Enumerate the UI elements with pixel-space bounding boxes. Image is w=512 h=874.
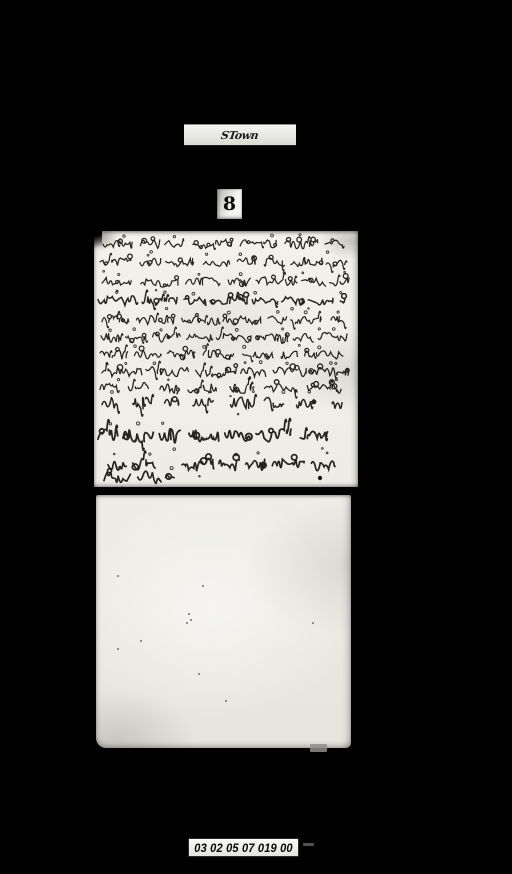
microfilm-frame: STown 8 03 02 05 07 019 00	[0, 0, 512, 874]
ink-loop	[271, 234, 274, 237]
ink-loop	[111, 391, 114, 394]
paper-speck	[188, 613, 190, 615]
handwriting-line	[103, 237, 344, 250]
ink-loop	[344, 271, 346, 273]
ink-loop	[198, 273, 200, 275]
ink-loop	[243, 345, 246, 348]
ink-loop	[282, 328, 284, 330]
handwriting-line	[102, 273, 349, 287]
ink-loop	[149, 453, 151, 455]
ink-loop	[125, 362, 127, 364]
ink-loop	[109, 423, 111, 425]
handwriting-line	[98, 419, 328, 451]
ink-loop	[308, 390, 311, 393]
handwriting-line	[104, 469, 174, 484]
paper-speck	[140, 640, 142, 642]
film-scratch-mark	[303, 843, 314, 846]
ink-loop	[117, 378, 119, 380]
ink-loop	[113, 453, 115, 455]
paper-speck	[186, 622, 188, 624]
handwriting-line	[100, 377, 341, 398]
ink-loop	[318, 346, 321, 349]
ink-loop	[170, 467, 173, 470]
ink-loop	[299, 234, 301, 236]
ink-loop	[166, 307, 168, 309]
ink-loop	[322, 448, 324, 450]
ink-loop	[304, 311, 307, 314]
ink-loop	[173, 448, 176, 451]
handwriting-line	[101, 327, 347, 344]
ink-loop	[206, 253, 208, 255]
reel-label: STown	[184, 124, 296, 146]
paper-speck	[198, 673, 200, 675]
reel-label-text: STown	[220, 129, 259, 142]
ink-loop	[103, 270, 105, 272]
manuscript-page	[94, 231, 358, 487]
paper-speck	[225, 700, 227, 702]
handwriting-line	[182, 454, 335, 471]
paper-speck	[117, 575, 119, 577]
ink-loop	[109, 329, 111, 331]
ink-loop	[318, 328, 320, 330]
ink-loop	[286, 362, 288, 364]
manuscript-handwriting	[94, 231, 358, 487]
ink-loop	[326, 251, 328, 253]
ink-loop	[118, 273, 120, 275]
ink-loop	[162, 422, 164, 424]
ink-loop	[259, 361, 262, 364]
ink-loop	[210, 391, 212, 393]
ink-loop	[330, 362, 333, 365]
ink-loop	[150, 251, 153, 254]
ink-loop	[277, 311, 280, 314]
handwriting-line	[98, 290, 346, 309]
ink-loop	[326, 452, 328, 454]
ink-dot	[318, 476, 322, 480]
ink-loop	[137, 422, 140, 425]
ink-loop	[116, 467, 119, 470]
handwriting-line	[102, 361, 349, 379]
frame-number-plate: 8	[217, 189, 242, 219]
paper-speck	[117, 648, 119, 650]
paper-speck	[312, 622, 314, 624]
ink-loop	[302, 272, 304, 274]
ink-loop	[336, 379, 338, 381]
handwriting-line	[102, 311, 346, 329]
handwriting-line	[102, 395, 342, 417]
ink-loop	[116, 291, 118, 293]
ink-loop	[239, 273, 242, 276]
ink-loop	[237, 413, 239, 415]
ink-loop	[298, 344, 300, 346]
ink-loop	[227, 311, 230, 314]
ink-loop	[308, 308, 310, 310]
frame-id-text: 03 02 05 07 019 00	[194, 841, 292, 855]
ink-loop	[123, 235, 125, 237]
ink-loop	[291, 307, 294, 310]
ink-loop	[333, 328, 336, 331]
ink-loop	[133, 328, 136, 331]
ink-loop	[168, 379, 170, 381]
ink-loop	[153, 362, 156, 365]
paper-speck	[202, 585, 204, 587]
paper-speck	[190, 619, 192, 621]
handwriting-line	[100, 253, 347, 272]
ink-loop	[203, 346, 206, 349]
ink-loop	[199, 475, 201, 477]
ink-loop	[192, 292, 195, 295]
ink-loop	[160, 329, 162, 331]
ink-loop	[282, 390, 285, 393]
ink-loop	[253, 391, 255, 393]
ink-loop	[235, 329, 238, 332]
ink-loop	[335, 362, 337, 364]
ink-loop	[340, 292, 342, 294]
film-tab	[310, 744, 327, 752]
ink-loop	[230, 395, 231, 396]
ink-loop	[164, 291, 166, 293]
ink-loop	[239, 253, 242, 256]
ink-loop	[173, 235, 175, 237]
frame-id-label: 03 02 05 07 019 00	[188, 838, 299, 857]
blank-page	[96, 495, 351, 748]
ink-loop	[257, 452, 259, 454]
ink-loop	[147, 254, 149, 256]
ink-loop	[337, 311, 339, 313]
frame-number-text: 8	[223, 193, 236, 215]
ink-loop	[254, 291, 257, 294]
ink-loop	[134, 345, 137, 348]
ink-loop	[155, 290, 156, 291]
ink-loop	[244, 362, 246, 364]
